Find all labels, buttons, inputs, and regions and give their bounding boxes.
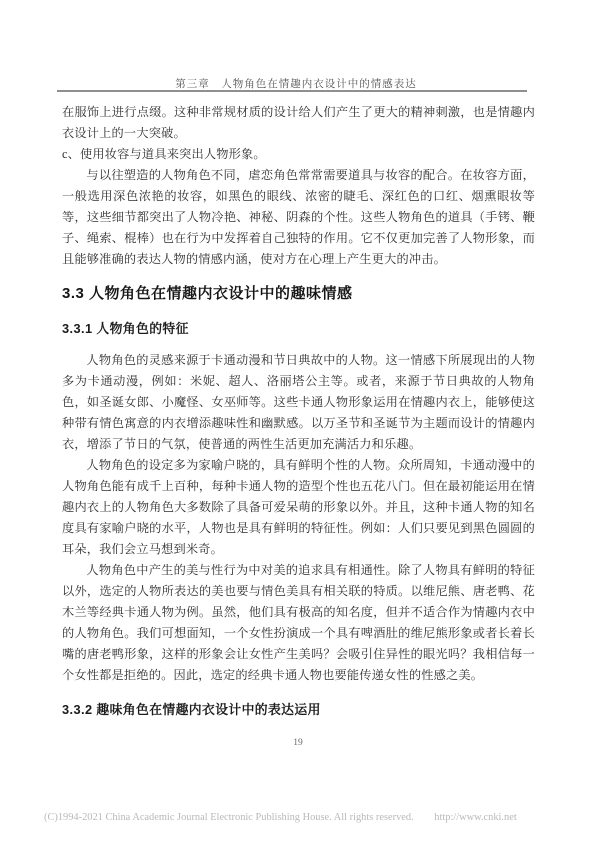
- subsection-heading-3-3-1: 3.3.1 人物角色的特征: [62, 319, 535, 339]
- paragraph-props-makeup: 与以往塑造的人物角色不同，虐恋角色常常需要道具与妆容的配合。在妆容方面，一般选用…: [62, 165, 535, 270]
- running-header: 第三章 人物角色在情趣内衣设计中的情感表达: [58, 76, 534, 91]
- subsection-heading-3-3-2: 3.3.2 趣味角色在情趣内衣设计中的表达运用: [62, 700, 535, 720]
- paragraph-continuation: 在服饰上进行点缀。这种非常规材质的设计给人们产生了更大的精神刺激，也是情趣内衣设…: [62, 102, 535, 144]
- paragraph-character-fame: 人物角色的设定多为家喻户晓的，具有鲜明个性的人物。众所周知，卡通动漫中的人物角色…: [62, 455, 535, 560]
- paragraph-character-beauty: 人物角色中产生的美与性行为中对美的追求具有相通性。除了人物具有鲜明的特征以外，选…: [62, 560, 535, 686]
- copyright-footer: (C)1994-2021 China Academic Journal Elec…: [44, 812, 584, 823]
- list-item-c: c、使用妆容与道具来突出人物形象。: [62, 144, 535, 165]
- cnki-url-text: http://www.cnki.net: [434, 812, 516, 823]
- page-body: 在服饰上进行点缀。这种非常规材质的设计给人们产生了更大的精神刺激，也是情趣内衣设…: [62, 102, 535, 720]
- copyright-text: (C)1994-2021 China Academic Journal Elec…: [44, 812, 414, 823]
- page-number: 19: [0, 738, 596, 748]
- section-heading-3-3: 3.3 人物角色在情趣内衣设计中的趣味情感: [62, 281, 535, 306]
- header-rule-divider: [57, 90, 527, 92]
- paragraph-character-inspiration: 人物角色的灵感来源于卡通动漫和节日典故中的人物。这一情感下所展现出的人物多为卡通…: [62, 350, 535, 455]
- document-page: 第三章 人物角色在情趣内衣设计中的情感表达 在服饰上进行点缀。这种非常规材质的设…: [0, 0, 596, 843]
